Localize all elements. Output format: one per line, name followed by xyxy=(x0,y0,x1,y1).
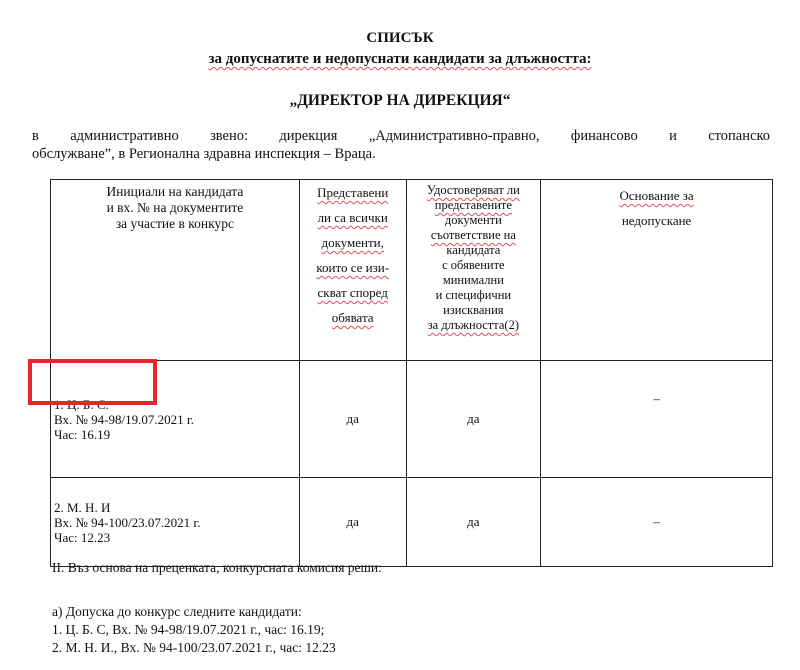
header-line: за участие в конкурс xyxy=(51,216,299,232)
header-line: и вх. № на документите xyxy=(51,200,299,216)
admitted-item: 1. Ц. Б. С, Вх. № 94-98/19.07.2021 г., ч… xyxy=(52,621,324,639)
header-line: обявата xyxy=(300,305,406,330)
documents-submitted-cell: да xyxy=(299,361,406,478)
header-line: с обявените xyxy=(407,258,541,273)
admitted-item: 2. М. Н. И., Вх. № 94-100/23.07.2021 г.,… xyxy=(52,639,336,657)
header-line: документи xyxy=(407,213,541,228)
header-line: кандидата xyxy=(407,243,541,258)
meets-requirements-cell: да xyxy=(406,361,541,478)
documents-submitted-cell: да xyxy=(299,478,406,567)
candidate-time: Час: 16.19 xyxy=(54,427,299,442)
header-documents-submitted: Представени ли са всички документи, коит… xyxy=(299,180,406,361)
document-title: СПИСЪК xyxy=(0,30,800,47)
header-line: които се изи- xyxy=(300,255,406,280)
subtitle-text: за допуснатите и недопуснати кандидати з… xyxy=(208,51,591,67)
candidate-time: Час: 12.23 xyxy=(54,530,299,545)
header-candidate: Инициали на кандидата и вх. № на докумен… xyxy=(51,180,300,361)
document-subtitle: за допуснатите и недопуснати кандидати з… xyxy=(0,51,800,68)
meets-requirements-cell: да xyxy=(406,478,541,567)
decision-heading: II. Въз основа на преценката, конкурснат… xyxy=(52,559,382,577)
header-line: изисквания xyxy=(407,303,541,318)
header-line: Основание за xyxy=(541,183,772,208)
header-meets-requirements: Удостоверяват ли представените документи… xyxy=(406,180,541,361)
intro-paragraph: в административно звено: дирекция „Админ… xyxy=(32,127,770,163)
table-header-row: Инициали на кандидата и вх. № на докумен… xyxy=(51,180,773,361)
position-title: „ДИРЕКТОР НА ДИРЕКЦИЯ“ xyxy=(0,92,800,110)
highlight-annotation-box xyxy=(28,359,157,405)
candidate-reg-number: Вх. № 94-98/19.07.2021 г. xyxy=(54,412,299,427)
header-line: Удостоверяват ли xyxy=(407,183,541,198)
intro-line-2: обслужване”, в Регионална здравна инспек… xyxy=(32,146,376,162)
candidate-initials: 2. М. Н. И xyxy=(54,500,299,515)
header-line: съответствие на xyxy=(407,228,541,243)
header-line: Представени xyxy=(300,180,406,205)
header-line: минимални xyxy=(407,273,541,288)
candidates-table: Инициали на кандидата и вх. № на докумен… xyxy=(50,179,773,567)
candidate-cell: 2. М. Н. И Вх. № 94-100/23.07.2021 г. Ча… xyxy=(51,478,300,567)
header-line: недопускане xyxy=(541,208,772,233)
rejection-reason-cell: – xyxy=(541,478,773,567)
intro-line-1: в административно звено: дирекция „Админ… xyxy=(32,127,770,145)
header-line: ли са всички xyxy=(300,205,406,230)
table-row: 2. М. Н. И Вх. № 94-100/23.07.2021 г. Ча… xyxy=(51,478,773,567)
candidate-reg-number: Вх. № 94-100/23.07.2021 г. xyxy=(54,515,299,530)
header-line: за длъжността(2) xyxy=(407,318,541,333)
table-row: 1. Ц. Б. С. Вх. № 94-98/19.07.2021 г. Ча… xyxy=(51,361,773,478)
rejection-reason-cell: – xyxy=(541,361,773,478)
header-line: скват според xyxy=(300,280,406,305)
header-rejection-reason: Основание за недопускане xyxy=(541,180,773,361)
admitted-label: а) Допуска до конкурс следните кандидати… xyxy=(52,603,302,621)
header-line: документи, xyxy=(300,230,406,255)
header-line: представените xyxy=(407,198,541,213)
header-line: Инициали на кандидата xyxy=(51,184,299,200)
header-line: и специфични xyxy=(407,288,541,303)
